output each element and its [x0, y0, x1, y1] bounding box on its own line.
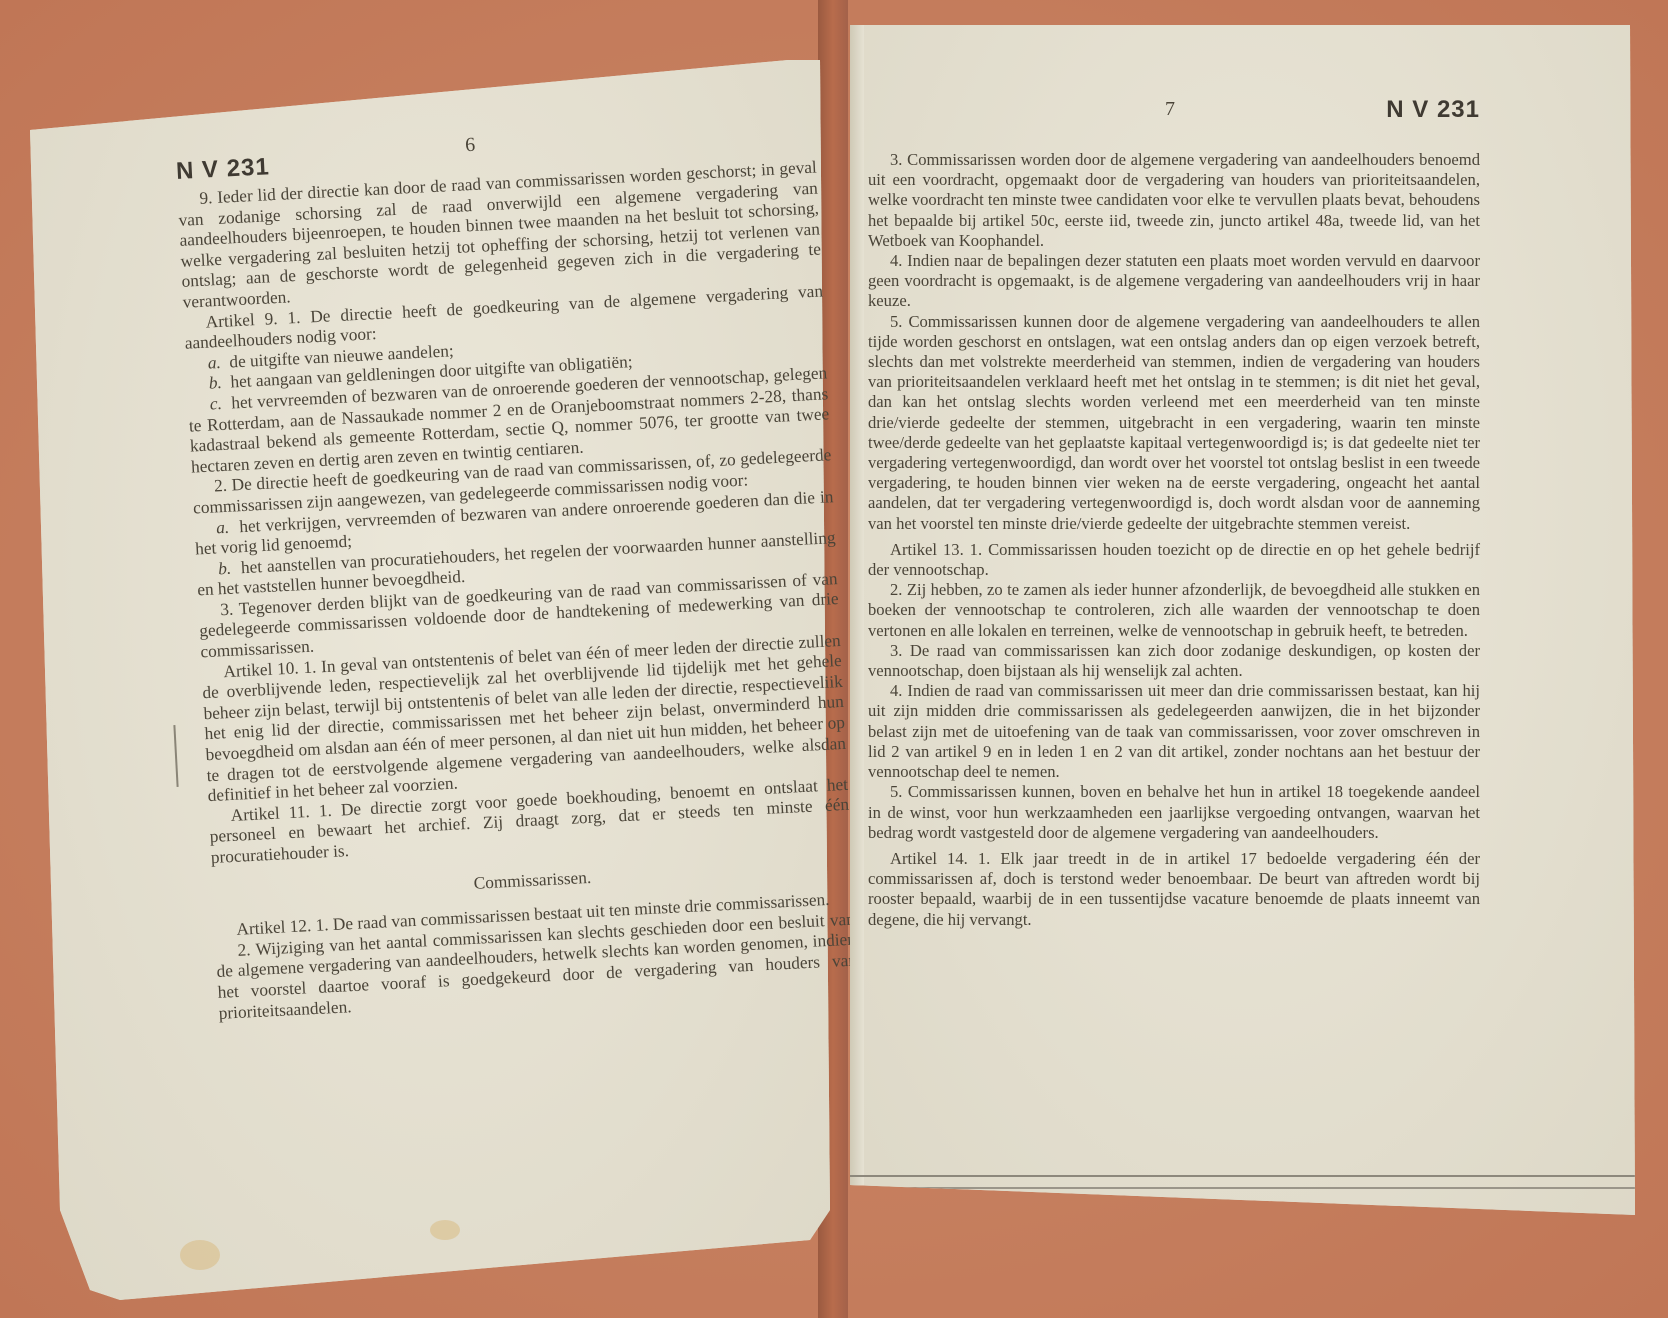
foxing-stain — [430, 1220, 460, 1240]
page-number: 7 — [1165, 98, 1175, 121]
page-inner-edge — [850, 25, 864, 1215]
paragraph-art13-2: 2. Zij hebben, zo te zamen als ieder hun… — [868, 580, 1480, 641]
page-stack-edge — [850, 1187, 1635, 1189]
paragraph-art13-4: 4. Indien de raad van commissarissen uit… — [868, 681, 1480, 782]
paragraph-art12-5: 5. Commissarissen kunnen door de algemen… — [868, 312, 1480, 534]
paragraph-art13-1: Artikel 13. 1. Commissarissen houden toe… — [868, 540, 1480, 580]
paragraph-art13-3: 3. De raad van commissarissen kan zich d… — [868, 641, 1480, 681]
paragraph-art14-1: Artikel 14. 1. Elk jaar treedt in de in … — [868, 849, 1480, 930]
foxing-stain — [180, 1240, 220, 1270]
paragraph-art12-4: 4. Indien naar de bepalingen dezer statu… — [868, 251, 1480, 312]
paragraph-art13-5: 5. Commissarissen kunnen, boven en behal… — [868, 782, 1480, 843]
document-identifier: N V 231 — [176, 157, 271, 182]
document-identifier: N V 231 — [1386, 96, 1480, 124]
right-page-content: 3. Commissarissen worden door de algemen… — [868, 150, 1480, 930]
page-number: 6 — [465, 135, 476, 156]
page-stack-edge — [850, 1175, 1635, 1177]
right-page-header: 7 N V 231 — [868, 96, 1480, 136]
left-page-content: N V 231 6 9. Ieder lid der directie kan … — [175, 118, 858, 1024]
paragraph-art12-3: 3. Commissarissen worden door de algemen… — [868, 150, 1480, 251]
